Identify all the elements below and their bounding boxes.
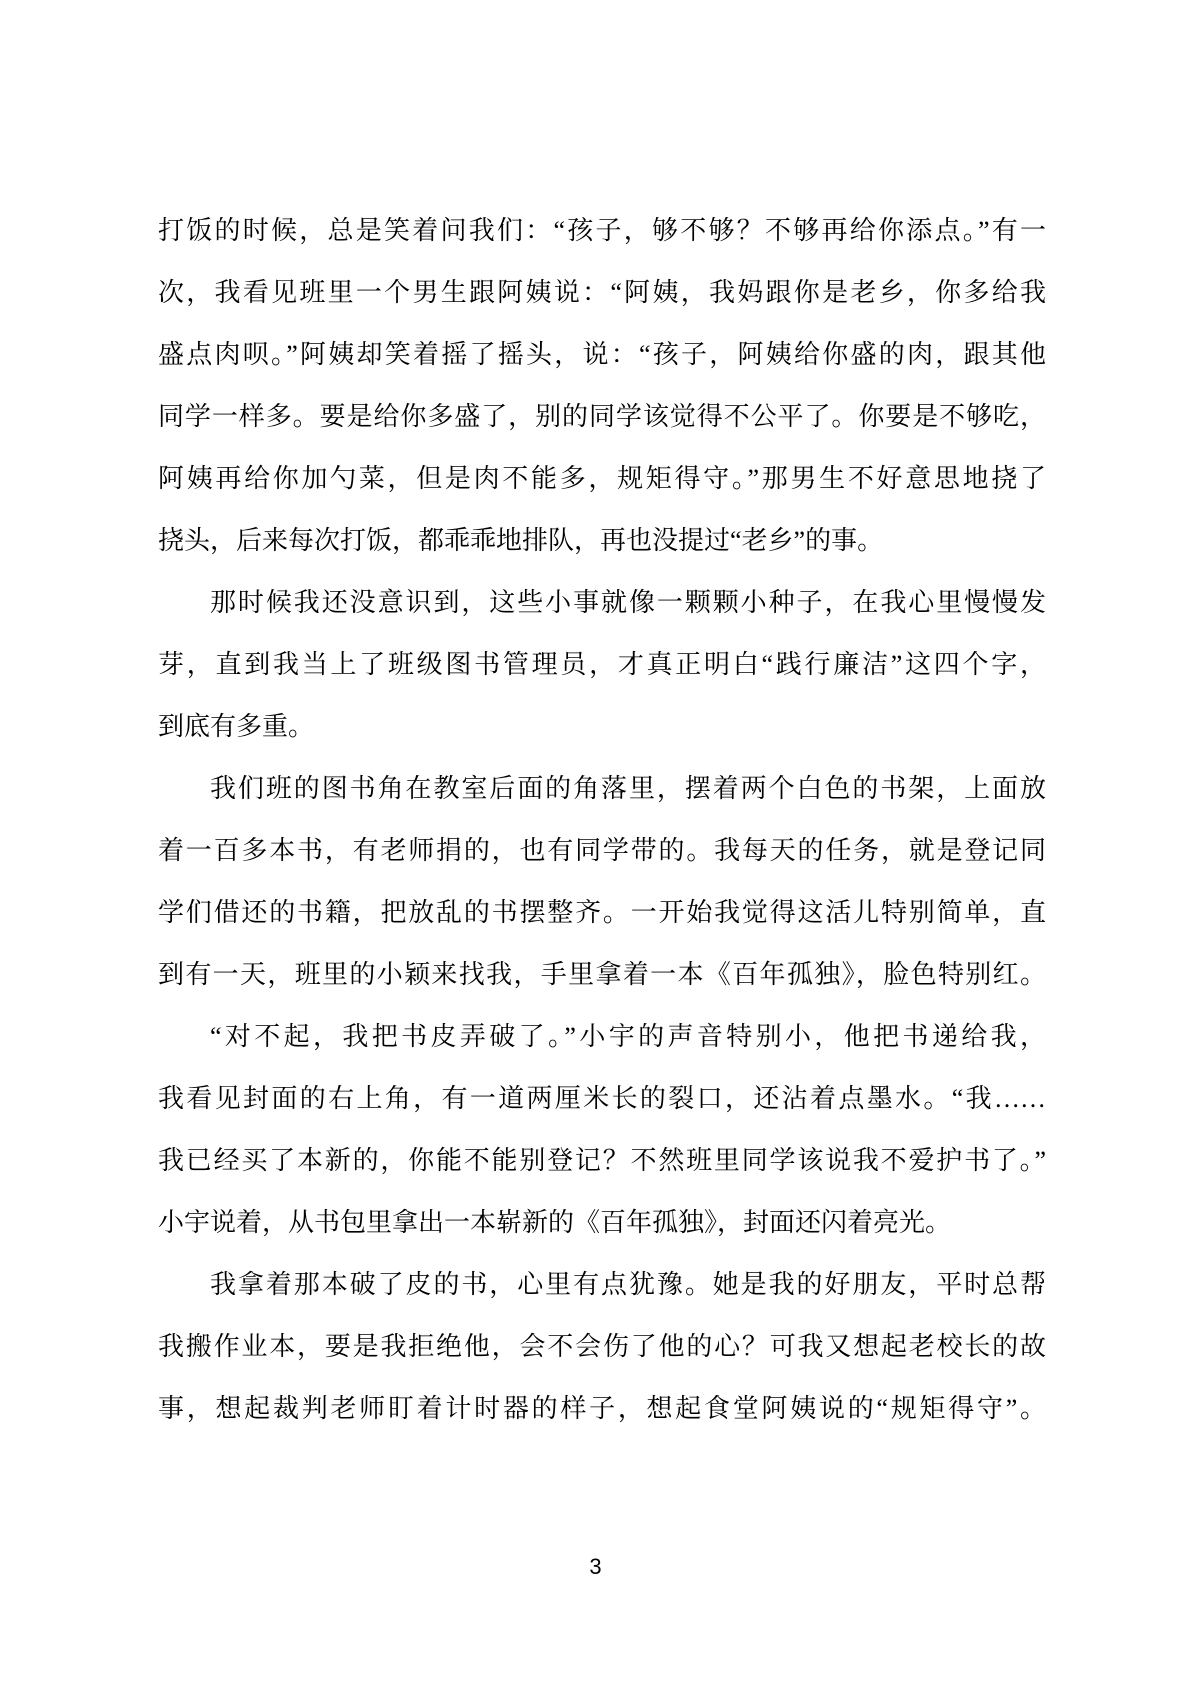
text-line: 那时候我还没意识到，这些小事就像一颗颗小种子，在我心里慢慢发 [158, 572, 1046, 634]
document-page: 打饭的时候，总是笑着问我们：“孩子，够不够？不够再给你添点。”有一 次，我看见班… [0, 0, 1191, 1684]
paragraph: 那时候我还没意识到，这些小事就像一颗颗小种子，在我心里慢慢发 芽，直到我当上了班… [158, 572, 1046, 758]
text-line: 次，我看见班里一个男生跟阿姨说：“阿姨，我妈跟你是老乡，你多给我 [158, 262, 1046, 324]
paragraph: 打饭的时候，总是笑着问我们：“孩子，够不够？不够再给你添点。”有一 次，我看见班… [158, 200, 1046, 572]
paragraph: 我拿着那本破了皮的书，心里有点犹豫。她是我的好朋友，平时总帮 我搬作业本，要是我… [158, 1254, 1046, 1440]
text-line: 阿姨再给你加勺菜，但是肉不能多，规矩得守。”那男生不好意思地挠了 [158, 448, 1046, 510]
text-line: 到有一天，班里的小颖来找我，手里拿着一本《百年孤独》，脸色特别红。 [158, 944, 1046, 1006]
text-line: 我看见封面的右上角，有一道两厘米长的裂口，还沾着点墨水。“我…… [158, 1068, 1046, 1130]
text-line: “对不起，我把书皮弄破了。”小宇的声音特别小，他把书递给我， [158, 1006, 1046, 1068]
text-line: 学们借还的书籍，把放乱的书摆整齐。一开始我觉得这活儿特别简单，直 [158, 882, 1046, 944]
text-line: 到底有多重。 [158, 696, 1046, 758]
document-body: 打饭的时候，总是笑着问我们：“孩子，够不够？不够再给你添点。”有一 次，我看见班… [158, 200, 1046, 1440]
text-line: 盛点肉呗。”阿姨却笑着摇了摇头，说：“孩子，阿姨给你盛的肉，跟其他 [158, 324, 1046, 386]
text-line: 挠头，后来每次打饭，都乖乖地排队，再也没提过“老乡”的事。 [158, 510, 1046, 572]
text-line: 我们班的图书角在教室后面的角落里，摆着两个白色的书架，上面放 [158, 758, 1046, 820]
text-line: 我已经买了本新的，你能不能别登记？不然班里同学该说我不爱护书了。” [158, 1130, 1046, 1192]
page-footer: 3 [0, 1552, 1191, 1582]
text-line: 事，想起裁判老师盯着计时器的样子，想起食堂阿姨说的“规矩得守”。 [158, 1378, 1046, 1440]
paragraph: 我们班的图书角在教室后面的角落里，摆着两个白色的书架，上面放 着一百多本书，有老… [158, 758, 1046, 1006]
text-line: 我拿着那本破了皮的书，心里有点犹豫。她是我的好朋友，平时总帮 [158, 1254, 1046, 1316]
text-line: 我搬作业本，要是我拒绝他，会不会伤了他的心？可我又想起老校长的故 [158, 1316, 1046, 1378]
text-line: 芽，直到我当上了班级图书管理员，才真正明白“践行廉洁”这四个字， [158, 634, 1046, 696]
text-line: 着一百多本书，有老师捐的，也有同学带的。我每天的任务，就是登记同 [158, 820, 1046, 882]
text-line: 打饭的时候，总是笑着问我们：“孩子，够不够？不够再给你添点。”有一 [158, 200, 1046, 262]
text-line: 同学一样多。要是给你多盛了，别的同学该觉得不公平了。你要是不够吃， [158, 386, 1046, 448]
paragraph: “对不起，我把书皮弄破了。”小宇的声音特别小，他把书递给我， 我看见封面的右上角… [158, 1006, 1046, 1254]
page-number: 3 [589, 1554, 601, 1579]
text-line: 小宇说着，从书包里拿出一本崭新的《百年孤独》，封面还闪着亮光。 [158, 1192, 1046, 1254]
